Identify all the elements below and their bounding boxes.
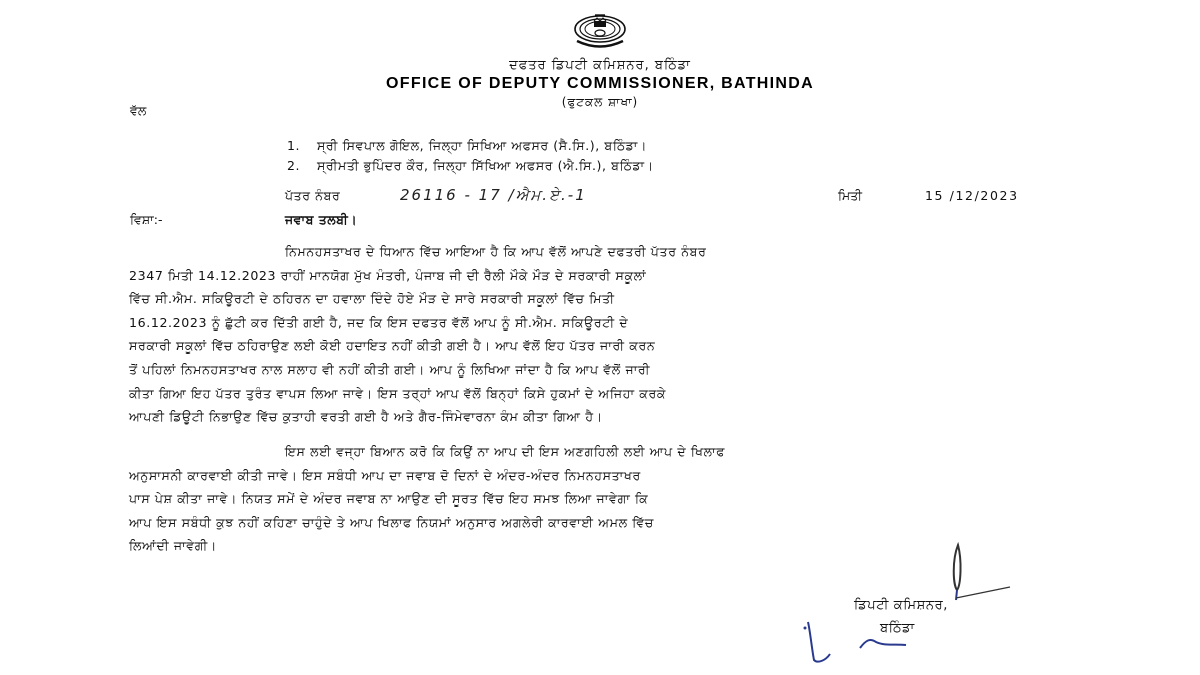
recipient-number: 1.: [287, 138, 317, 153]
paragraph-line: ਸਰਕਾਰੀ ਸਕੂਲਾਂ ਵਿੱਚ ਠਹਿਰਾਉਣ ਲਈ ਕੋਈ ਹਦਾਇਤ …: [129, 334, 1181, 358]
signatory-title: ਡਿਪਟੀ ਕਮਿਸ਼ਨਰ,: [854, 598, 948, 613]
paragraph-line: 16.12.2023 ਨੂੰ ਛੁੱਟੀ ਕਰ ਦਿੱਤੀ ਗਈ ਹੈ, ਜਦ …: [129, 311, 1181, 335]
letter-number-value: 26116 - 17 /ਐਮ.ਏ.-1: [400, 186, 587, 204]
paragraph-line: ਵਿੱਚ ਸੀ.ਐਮ. ਸਕਿਊਰਟੀ ਦੇ ਠਹਿਰਨ ਦਾ ਹਵਾਲਾ ਦਿ…: [129, 287, 1181, 311]
branch-name: (ਫੁਟਕਲ ਸ਼ਾਖਾ): [0, 95, 1200, 110]
to-label: ਵੱਲ: [130, 103, 146, 119]
recipient-text: ਸ੍ਰੀਮਤੀ ਭੁਪਿੰਦਰ ਕੌਰ, ਜਿਲ੍ਹਾ ਸਿੱਖਿਆ ਅਫਸਰ …: [317, 158, 654, 173]
subject-label: ਵਿਸ਼ਾ:-: [130, 212, 162, 228]
recipient-text: ਸ੍ਰੀ ਸਿਵਪਾਲ ਗੋਇਲ, ਜਿਲ੍ਹਾ ਸਿਖਿਆ ਅਫਸਰ (ਸੈ.…: [317, 138, 647, 153]
recipient-number: 2.: [287, 158, 317, 173]
subject-value: ਜਵਾਬ ਤਲਬੀ।: [285, 212, 357, 228]
paragraph-line: ਆਪ ਇਸ ਸਬੰਧੀ ਕੁਝ ਨਹੀਂ ਕਹਿਣਾ ਚਾਹੁੰਦੇ ਤੇ ਆਪ…: [129, 511, 1181, 535]
date-value: 15 /12/2023: [925, 188, 1019, 203]
paragraph-line: ਤੋਂ ਪਹਿਲਾਂ ਨਿਮਨਹਸਤਾਖਰ ਨਾਲ ਸਲਾਹ ਵੀ ਨਹੀਂ ਕ…: [129, 358, 1181, 382]
paragraph-line: ਆਪਣੀ ਡਿਊਟੀ ਨਿਭਾਉਣ ਵਿੱਚ ਕੁਤਾਹੀ ਵਰਤੀ ਗਈ ਹੈ…: [129, 405, 1181, 429]
date-label: ਮਿਤੀ: [838, 188, 862, 204]
paragraph-line: ਲਿਆਂਦੀ ਜਾਵੇਗੀ।: [129, 534, 1181, 558]
paragraph-line: ਪਾਸ ਪੇਸ਼ ਕੀਤਾ ਜਾਵੇ। ਨਿਯਤ ਸਮੇਂ ਦੇ ਅੰਦਰ ਜਵ…: [129, 487, 1181, 511]
signatory-place: ਬਠਿੰਡਾ: [880, 621, 915, 636]
paragraph-line: ਨਿਮਨਹਸਤਾਖਰ ਦੇ ਧਿਆਨ ਵਿੱਚ ਆਇਆ ਹੈ ਕਿ ਆਪ ਵੱਲ…: [129, 240, 1181, 264]
state-emblem-icon: [573, 12, 627, 50]
recipient-1: 1.ਸ੍ਰੀ ਸਿਵਪਾਲ ਗੋਇਲ, ਜਿਲ੍ਹਾ ਸਿਖਿਆ ਅਫਸਰ (ਸ…: [287, 138, 647, 154]
letter-number-label: ਪੱਤਰ ਨੰਬਰ: [285, 188, 340, 204]
office-name-english: OFFICE OF DEPUTY COMMISSIONER, BATHINDA: [0, 75, 1200, 93]
paragraph-line: 2347 ਮਿਤੀ 14.12.2023 ਰਾਹੀਂ ਮਾਨਯੋਗ ਮੁੱਖ ਮ…: [129, 264, 1181, 288]
recipient-2: 2.ਸ੍ਰੀਮਤੀ ਭੁਪਿੰਦਰ ਕੌਰ, ਜਿਲ੍ਹਾ ਸਿੱਖਿਆ ਅਫਸ…: [287, 158, 654, 174]
body-paragraph-1: ਨਿਮਨਹਸਤਾਖਰ ਦੇ ਧਿਆਨ ਵਿੱਚ ਆਇਆ ਹੈ ਕਿ ਆਪ ਵੱਲ…: [129, 240, 1181, 429]
paragraph-line: ਕੀਤਾ ਗਿਆ ਇਹ ਪੱਤਰ ਤੁਰੰਤ ਵਾਪਸ ਲਿਆ ਜਾਵੇ। ਇਸ…: [129, 382, 1181, 406]
office-name-punjabi: ਦਫਤਰ ਡਿਪਟੀ ਕਮਿਸ਼ਨਰ, ਬਠਿੰਡਾ: [0, 58, 1200, 73]
paragraph-line: ਇਸ ਲਈ ਵਜ੍ਹਾ ਬਿਆਨ ਕਰੋ ਕਿ ਕਿਉਂ ਨਾ ਆਪ ਦੀ ਇਸ…: [129, 440, 1181, 464]
body-paragraph-2: ਇਸ ਲਈ ਵਜ੍ਹਾ ਬਿਆਨ ਕਰੋ ਕਿ ਕਿਉਂ ਨਾ ਆਪ ਦੀ ਇਸ…: [129, 440, 1181, 558]
paragraph-line: ਅਨੁਸਾਸਨੀ ਕਾਰਵਾਈ ਕੀਤੀ ਜਾਵੇ। ਇਸ ਸਬੰਧੀ ਆਪ ਦ…: [129, 464, 1181, 488]
